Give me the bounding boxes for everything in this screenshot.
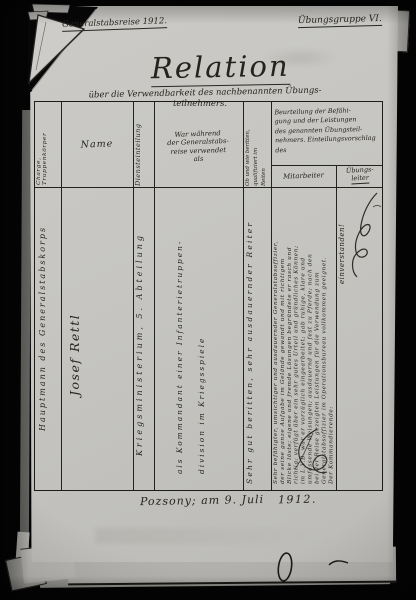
header-uebungsleiter: Übungs- leiter [335,163,384,188]
header-verwendung: War während der Generalstabs- reise verw… [154,128,243,187]
page-title: Relation [120,50,320,86]
body-verwendung-line-2: division im Kriegsspiele [197,214,211,474]
footer-place-date: Pozsony; am 9. Juli [140,493,264,508]
header-mitarbeiter: Mitarbeiter [271,164,337,188]
uebungsleiter-signature [347,187,383,282]
grid-line [271,102,272,490]
oval-pen-mark [274,550,296,584]
corner-note-right-text: Übungsgruppe VI. [298,14,382,28]
photo-of-document: Generalstabsreise 1912. Übungsgruppe VI.… [0,0,416,600]
header-beurteilung: Beurteilung der Befähi- gung und der Lei… [274,106,381,165]
tick-pen-mark [328,558,350,568]
relation-table: Charge, Truppenkörper Name Diensteinteil… [34,101,383,491]
grid-line [336,165,337,490]
corner-note-right: Übungsgruppe VI. [298,14,382,28]
mitarbeiter-signature [287,417,335,477]
folded-corner-icon [24,0,110,100]
body-verwendung-line-1: als Kommandant einer Infanterietruppen- [175,214,189,474]
header-charge: Charge, Truppenkörper [36,107,60,185]
header-reiten: Ob und wie beritten, qualifiziert im Rei… [244,104,270,186]
body-diensteinteilung: Kriegsministerium, 5. Abteilung [135,206,153,456]
page-title-text: Relation [150,49,289,87]
footer-year: 1912. [278,493,317,507]
body-reiten: Sehr gut beritten, sehr ausdauernder Rei… [245,197,269,484]
page-edge-left [20,110,31,555]
body-name: Josef Rettl [67,287,125,422]
header-diensteinteilung: Diensteinteilung [134,106,153,186]
body-charge: Hauptmann des Generalstabskorps [38,217,58,431]
header-name: Name [60,101,135,188]
